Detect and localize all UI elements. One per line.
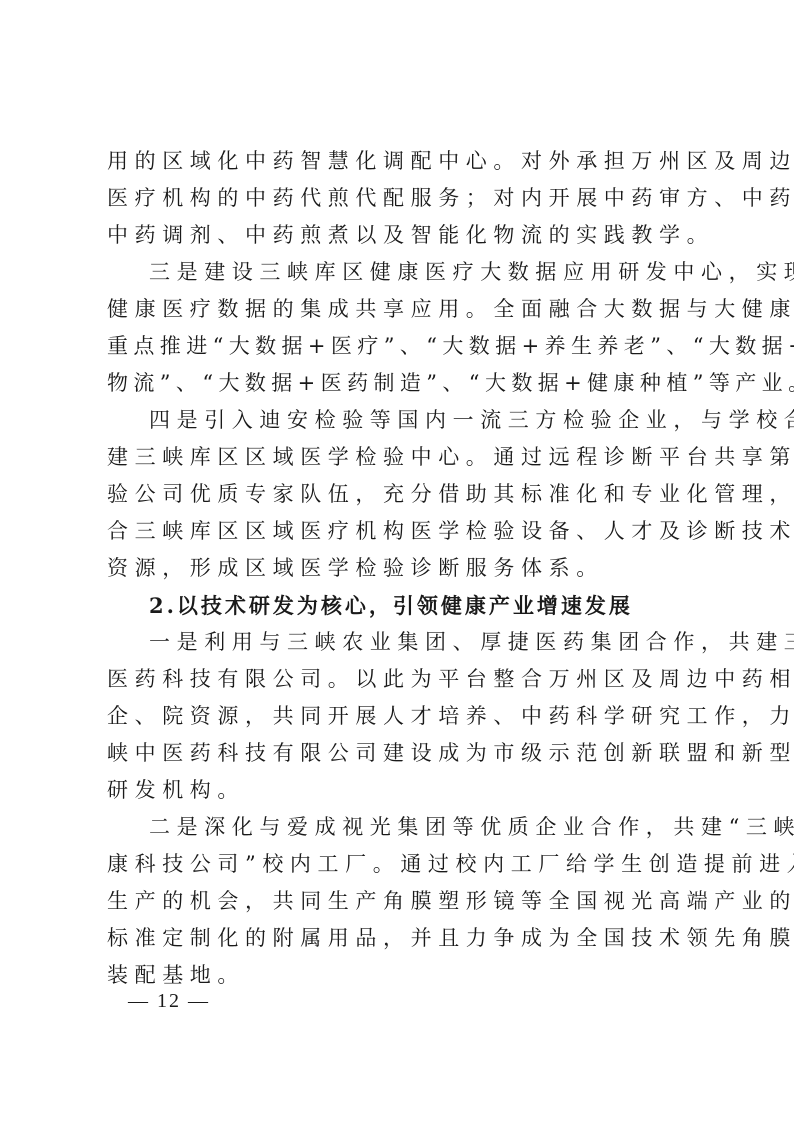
text-line: 生产的机会，共同生产角膜塑形镜等全国视光高端产业的各类非	[107, 883, 697, 920]
text-line: 企、院资源，共同开展人才培养、中药科学研究工作，力争将三	[107, 698, 697, 735]
document-page: 用的区域化中药智慧化调配中心。对外承担万州区及周边区县各 医疗机构的中药代煎代配…	[107, 143, 697, 994]
text-line: 二是深化与爱成视光集团等优质企业合作，共建“三峡眼健	[107, 809, 697, 846]
text-line: 医药科技有限公司。以此为平台整合万州区及周边中药相关校、	[107, 661, 697, 698]
text-line: 三是建设三峡库区健康医疗大数据应用研发中心，实现区域	[107, 254, 697, 291]
text-line: 验公司优质专家队伍，充分借助其标准化和专业化管理，有效整	[107, 476, 697, 513]
text-line: 峡中医药科技有限公司建设成为市级示范创新联盟和新型高端	[107, 735, 697, 772]
text-line: 物流”、“大数据+医药制造”、“大数据+健康种植”等产业。	[107, 365, 697, 402]
paragraph-four: 四是引入迪安检验等国内一流三方检验企业，与学校合作共 建三峡库区区域医学检验中心…	[107, 402, 697, 587]
text-line: 医疗机构的中药代煎代配服务；对内开展中药审方、中药鉴定、	[107, 180, 697, 217]
text-line: 康科技公司”校内工厂。通过校内工厂给学生创造提前进入企业	[107, 846, 697, 883]
text-line: 装配基地。	[107, 957, 697, 994]
text-line: 健康医疗数据的集成共享应用。全面融合大数据与大健康产业，	[107, 291, 697, 328]
text-line: 资源，形成区域医学检验诊断服务体系。	[107, 550, 697, 587]
text-line: 标准定制化的附属用品，并且力争成为全国技术领先角膜塑形镜	[107, 920, 697, 957]
text-line: 用的区域化中药智慧化调配中心。对外承担万州区及周边区县各	[107, 143, 697, 180]
text-line: 合三峡库区区域医疗机构医学检验设备、人才及诊断技术等优质	[107, 513, 697, 550]
page-number: — 12 —	[128, 990, 210, 1013]
text-line: 重点推进“大数据+医疗”、“大数据+养生养老”、“大数据+医药	[107, 328, 697, 365]
section-heading: 2.以技术研发为核心，引领健康产业增速发展	[107, 587, 697, 624]
paragraph-continuation: 用的区域化中药智慧化调配中心。对外承担万州区及周边区县各 医疗机构的中药代煎代配…	[107, 143, 697, 254]
text-line: 研发机构。	[107, 772, 697, 809]
paragraph-three: 三是建设三峡库区健康医疗大数据应用研发中心，实现区域 健康医疗数据的集成共享应用…	[107, 254, 697, 402]
paragraph-one: 一是利用与三峡农业集团、厚捷医药集团合作，共建三峡中 医药科技有限公司。以此为平…	[107, 624, 697, 809]
text-line: 建三峡库区区域医学检验中心。通过远程诊断平台共享第三方检	[107, 439, 697, 476]
paragraph-two: 二是深化与爱成视光集团等优质企业合作，共建“三峡眼健 康科技公司”校内工厂。通过…	[107, 809, 697, 994]
text-line: 中药调剂、中药煎煮以及智能化物流的实践教学。	[107, 217, 697, 254]
text-line: 一是利用与三峡农业集团、厚捷医药集团合作，共建三峡中	[107, 624, 697, 661]
text-line: 四是引入迪安检验等国内一流三方检验企业，与学校合作共	[107, 402, 697, 439]
